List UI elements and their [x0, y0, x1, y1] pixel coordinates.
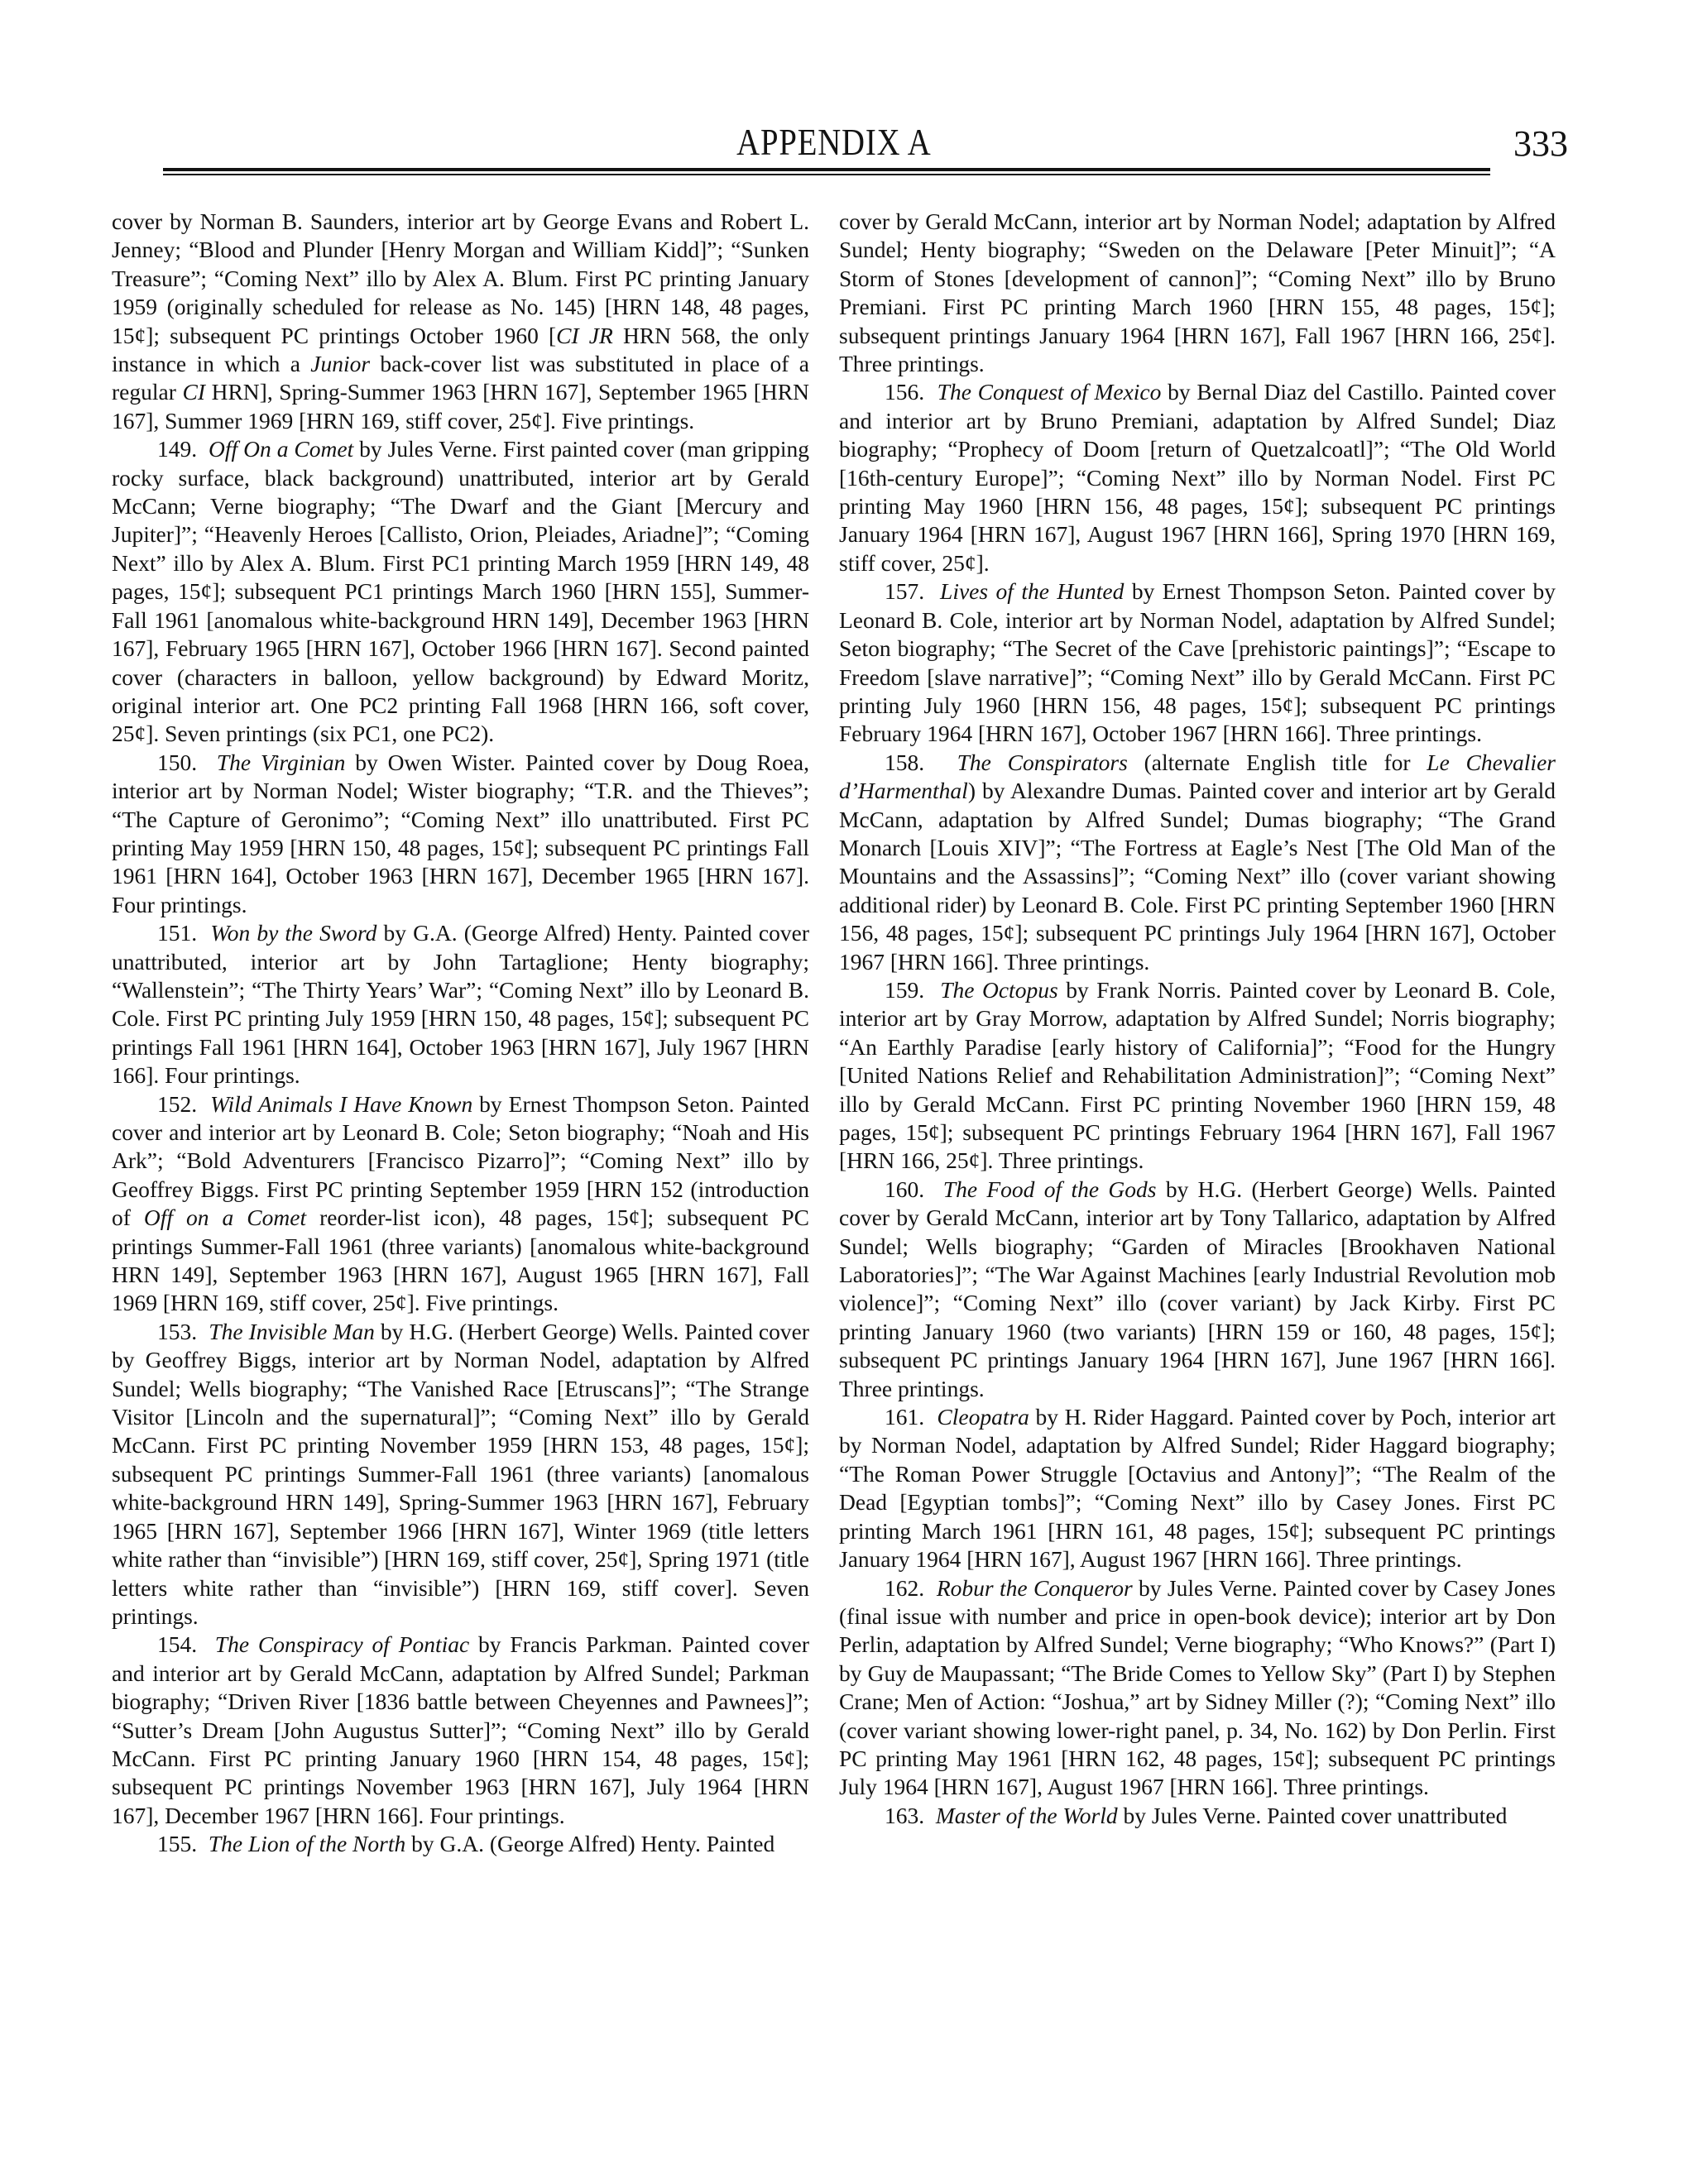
- entry-text: 159.: [885, 977, 940, 1003]
- entry-title-italic: The Conspiracy of Pontiac: [215, 1631, 469, 1657]
- entry-text: 161.: [885, 1404, 937, 1430]
- entry-title-italic: CI JR: [556, 323, 613, 348]
- entry-text: HRN], Spring-Summer 1963 [HRN 167], Sept…: [112, 379, 809, 433]
- entry-paragraph: 151. Won by the Sword by G.A. (George Al…: [112, 919, 809, 1090]
- entry-title-italic: Lives of the Hunted: [940, 578, 1124, 604]
- entry-title-italic: CI: [182, 379, 205, 405]
- entry-text: 154.: [157, 1631, 215, 1657]
- page-number: 333: [1513, 124, 1568, 164]
- entry-text: 151.: [157, 920, 210, 946]
- entry-text: by Jules Verne. Painted cover by Casey J…: [839, 1575, 1556, 1800]
- entry-paragraph: cover by Norman B. Saunders, interior ar…: [112, 208, 809, 435]
- entry-text: 156.: [885, 379, 938, 405]
- header-divider-rule: [163, 168, 1490, 175]
- entry-title-italic: The Virginian: [217, 750, 345, 775]
- entry-text: by G.A. (George Alfred) Henty. Painted: [405, 1831, 774, 1856]
- text-column-left: cover by Norman B. Saunders, interior ar…: [112, 208, 809, 1859]
- entry-paragraph: cover by Gerald McCann, interior art by …: [839, 208, 1556, 378]
- entry-paragraph: 160. The Food of the Gods by H.G. (Herbe…: [839, 1176, 1556, 1403]
- entry-text: 149.: [157, 436, 209, 462]
- entry-paragraph: 161. Cleopatra by H. Rider Haggard. Pain…: [839, 1403, 1556, 1573]
- entry-title-italic: The Conspirators: [957, 750, 1128, 775]
- entry-text: 162.: [885, 1575, 937, 1601]
- entry-title-italic: Robur the Conqueror: [937, 1575, 1133, 1601]
- entry-title-italic: The Lion of the North: [209, 1831, 405, 1856]
- entry-title-italic: Wild Animals I Have Known: [210, 1091, 472, 1117]
- entry-text: by Jules Verne. First painted cover (man…: [112, 436, 809, 746]
- entry-text: 152.: [157, 1091, 210, 1117]
- entry-title-italic: Master of the World: [936, 1803, 1118, 1828]
- entry-text: cover by Gerald McCann, interior art by …: [839, 208, 1556, 376]
- entry-text: 157.: [885, 578, 940, 604]
- book-page: APPENDIX A 333 cover by Norman B. Saunde…: [0, 0, 1688, 2184]
- entry-title-italic: Off On a Comet: [209, 436, 353, 462]
- entry-text: 158.: [885, 750, 957, 775]
- entry-paragraph: 150. The Virginian by Owen Wister. Paint…: [112, 749, 809, 919]
- text-column-right: cover by Gerald McCann, interior art by …: [839, 208, 1556, 1830]
- entry-text: 155.: [157, 1831, 209, 1856]
- entry-paragraph: 149. Off On a Comet by Jules Verne. Firs…: [112, 435, 809, 748]
- entry-text: by Francis Parkman. Painted cover and in…: [112, 1631, 809, 1827]
- entry-text: (alternate English title for: [1128, 750, 1427, 775]
- entry-paragraph: 158. The Conspirators (alternate English…: [839, 749, 1556, 976]
- entry-title-italic: Junior: [310, 351, 370, 376]
- entry-text: 163.: [885, 1803, 936, 1828]
- entry-title-italic: Cleopatra: [937, 1404, 1029, 1430]
- entry-paragraph: 156. The Conquest of Mexico by Bernal Di…: [839, 378, 1556, 577]
- entry-text: by Jules Verne. Painted cover unattribut…: [1118, 1803, 1508, 1828]
- entry-title-italic: The Conquest of Mexico: [938, 379, 1162, 405]
- entry-paragraph: 153. The Invisible Man by H.G. (Herbert …: [112, 1318, 809, 1631]
- entry-text: 150.: [157, 750, 217, 775]
- entry-paragraph: 162. Robur the Conqueror by Jules Verne.…: [839, 1574, 1556, 1802]
- entry-paragraph: 159. The Octopus by Frank Norris. Painte…: [839, 976, 1556, 1176]
- entry-title-italic: The Invisible Man: [209, 1319, 375, 1344]
- entry-title-italic: The Food of the Gods: [943, 1176, 1157, 1202]
- entry-paragraph: 154. The Conspiracy of Pontiac by Franci…: [112, 1631, 809, 1830]
- entry-paragraph: 152. Wild Animals I Have Known by Ernest…: [112, 1090, 809, 1318]
- entry-text: by H.G. (Herbert George) Wells. Painted …: [112, 1319, 809, 1629]
- entry-paragraph: 157. Lives of the Hunted by Ernest Thomp…: [839, 577, 1556, 748]
- entry-title-italic: The Octopus: [940, 977, 1057, 1003]
- entry-text: by Frank Norris. Painted cover by Leonar…: [839, 977, 1556, 1173]
- entry-text: 160.: [885, 1176, 943, 1202]
- page-header: APPENDIX A: [112, 122, 1556, 162]
- entry-title-italic: Off on a Comet: [144, 1205, 306, 1230]
- entry-paragraph: 163. Master of the World by Jules Verne.…: [839, 1802, 1556, 1830]
- entry-text: by H.G. (Herbert George) Wells. Painted …: [839, 1176, 1556, 1401]
- page-title: APPENDIX A: [736, 122, 931, 162]
- entry-text: by Bernal Diaz del Castillo. Painted cov…: [839, 379, 1556, 575]
- entry-paragraph: 155. The Lion of the North by G.A. (Geor…: [112, 1830, 809, 1858]
- entry-title-italic: Won by the Sword: [210, 920, 376, 946]
- entry-text: 153.: [157, 1319, 209, 1344]
- entry-text: ) by Alexandre Dumas. Painted cover and …: [839, 778, 1556, 974]
